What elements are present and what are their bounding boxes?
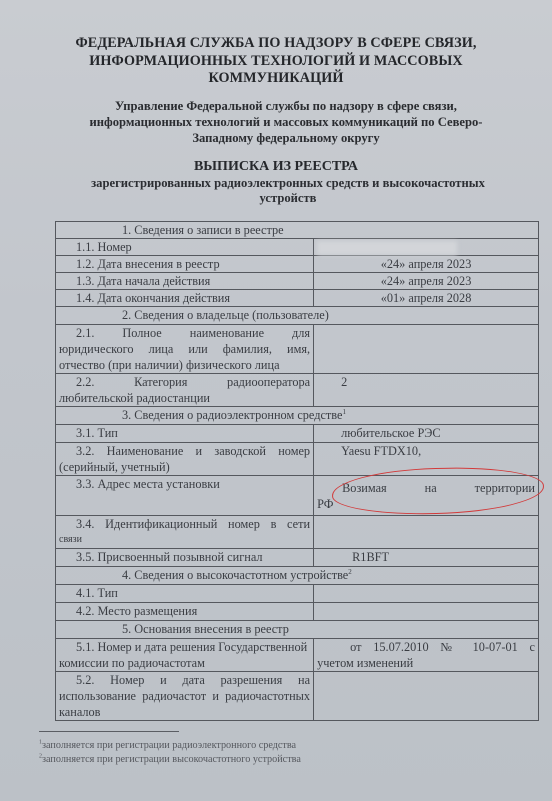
section-5-title: 5. Основания внесения в реестр <box>56 621 539 639</box>
footnote-2: 2заполняется при регистрации высокочасто… <box>39 753 301 766</box>
install-address-label: 3.3. Адрес места установки <box>56 476 314 516</box>
footnote-divider <box>39 731 179 732</box>
owner-name-label: 2.1. Полное наименование для юридическог… <box>56 325 314 374</box>
label-line: 2.2. Категория радиооператора <box>59 374 310 390</box>
section-title-text: 3. Сведения о радиоэлектронном средстве <box>122 408 343 422</box>
table-row: 2.1. Полное наименование для юридическог… <box>56 325 539 374</box>
table-row: 5.2. Номер и дата разрешения на использо… <box>56 672 539 721</box>
table-row: 1.2. Дата внесения в реестр «24» апреля … <box>56 256 539 273</box>
section-row: 1. Сведения о записи в реестре <box>56 222 539 239</box>
section-3-title: 3. Сведения о радиоэлектронном средстве1 <box>56 407 539 425</box>
end-date-label: 1.4. Дата окончания действия <box>56 290 314 307</box>
section-2-title: 2. Сведения о владельце (пользователе) <box>56 307 539 325</box>
end-date-value: «01» апреля 2028 <box>314 290 539 307</box>
label-line: юридического лица или фамилия, имя, <box>59 341 310 357</box>
subtitle-line: зарегистрированных радиоэлектронных сред… <box>28 176 548 191</box>
agency-line: ИНФОРМАЦИОННЫХ ТЕХНОЛОГИЙ И МАССОВЫХ <box>0 53 552 71</box>
section-4-title: 4. Сведения о высокочастотном устройстве… <box>56 567 539 585</box>
frequency-permit-value <box>314 672 539 721</box>
device-name-value: Yaesu FTDX10, <box>314 443 539 476</box>
hf-type-value <box>314 585 539 603</box>
grfc-decision-label: 5.1. Номер и дата решения Государственно… <box>56 639 314 672</box>
install-address-value: Возимая на территории РФ <box>314 476 539 516</box>
network-id-label: 3.4. Идентификационный номер в сети связ… <box>56 516 314 549</box>
entry-date-value: «24» апреля 2023 <box>314 256 539 273</box>
department-line: Западному федеральному округу <box>20 130 552 146</box>
table-row: 1.4. Дата окончания действия «01» апреля… <box>56 290 539 307</box>
frequency-permit-label: 5.2. Номер и дата разрешения на использо… <box>56 672 314 721</box>
document-page: ФЕДЕРАЛЬНАЯ СЛУЖБА ПО НАДЗОРУ В СФЕРЕ СВ… <box>0 0 552 801</box>
device-type-label: 3.1. Тип <box>56 425 314 443</box>
footnote-ref: 2 <box>348 568 352 576</box>
value-line: РФ <box>317 496 535 512</box>
callsign-value: R1BFT <box>314 549 539 567</box>
redacted-block <box>317 241 457 255</box>
device-name-label: 3.2. Наименование и заводской номер (сер… <box>56 443 314 476</box>
label-line: использование радиочастот и радиочастотн… <box>59 688 310 704</box>
department-line: Управление Федеральной службы по надзору… <box>20 98 552 114</box>
footnote-1: 1заполняется при регистрации радиоэлектр… <box>39 739 296 752</box>
subtitle-line: устройств <box>28 191 548 206</box>
section-row: 3. Сведения о радиоэлектронном средстве1 <box>56 407 539 425</box>
agency-line: КОММУНИКАЦИЙ <box>0 70 552 88</box>
start-date-label: 1.3. Дата начала действия <box>56 273 314 290</box>
document-subtitle: зарегистрированных радиоэлектронных сред… <box>28 176 548 206</box>
section-row: 5. Основания внесения в реестр <box>56 621 539 639</box>
hf-location-label: 4.2. Место размещения <box>56 603 314 621</box>
label-line: каналов <box>59 704 310 720</box>
footnote-text: заполняется при регистрации радиоэлектро… <box>42 740 296 751</box>
label-line: любительской радиостанции <box>59 390 310 406</box>
label-line: комиссии по радиочастотам <box>59 655 310 671</box>
table-row: 4.2. Место размещения <box>56 603 539 621</box>
document-title: ВЫПИСКА ИЗ РЕЕСТРА <box>0 159 552 175</box>
callsign-label: 3.5. Присвоенный позывной сигнал <box>56 549 314 567</box>
table-row: 4.1. Тип <box>56 585 539 603</box>
network-id-value <box>314 516 539 549</box>
footnote-text: заполняется при регистрации высокочастот… <box>42 754 301 765</box>
table-row: 3.2. Наименование и заводской номер (сер… <box>56 443 539 476</box>
owner-name-value <box>314 325 539 374</box>
label-line: (серийный, учетный) <box>59 459 310 475</box>
start-date-value: «24» апреля 2023 <box>314 273 539 290</box>
value-line: учетом изменений <box>317 655 535 671</box>
hf-location-value <box>314 603 539 621</box>
device-type-value: любительское РЭС <box>314 425 539 443</box>
section-1-title: 1. Сведения о записи в реестре <box>56 222 539 239</box>
label-line: отчество (при наличии) физического лица <box>59 357 310 373</box>
footnote-ref: 1 <box>343 408 347 416</box>
table-row: 3.3. Адрес места установки Возимая на те… <box>56 476 539 516</box>
table-row: 3.1. Тип любительское РЭС <box>56 425 539 443</box>
department-line: информационных технологий и массовых ком… <box>20 114 552 130</box>
table-row: 3.5. Присвоенный позывной сигнал R1BFT <box>56 549 539 567</box>
table-row: 1.3. Дата начала действия «24» апреля 20… <box>56 273 539 290</box>
section-row: 4. Сведения о высокочастотном устройстве… <box>56 567 539 585</box>
section-row: 2. Сведения о владельце (пользователе) <box>56 307 539 325</box>
registry-table: 1. Сведения о записи в реестре 1.1. Номе… <box>55 221 539 721</box>
value-line: от 15.07.2010 № 10-07-01 с <box>317 639 535 655</box>
operator-category-value: 2 <box>314 374 539 407</box>
label-line: 3.2. Наименование и заводской номер <box>59 443 310 459</box>
entry-date-label: 1.2. Дата внесения в реестр <box>56 256 314 273</box>
table-row: 3.4. Идентификационный номер в сети связ… <box>56 516 539 549</box>
table-row: 1.1. Номер <box>56 239 539 256</box>
hf-type-label: 4.1. Тип <box>56 585 314 603</box>
label-line: 2.1. Полное наименование для <box>59 325 310 341</box>
record-number-value <box>314 239 539 256</box>
agency-heading: ФЕДЕРАЛЬНАЯ СЛУЖБА ПО НАДЗОРУ В СФЕРЕ СВ… <box>0 35 552 88</box>
department-heading: Управление Федеральной службы по надзору… <box>20 98 552 146</box>
value-line: Возимая на территории <box>317 480 535 496</box>
label-line: 5.1. Номер и дата решения Государственно… <box>59 639 310 655</box>
record-number-label: 1.1. Номер <box>56 239 314 256</box>
table-row: 5.1. Номер и дата решения Государственно… <box>56 639 539 672</box>
label-line: связи <box>59 532 310 548</box>
label-line: 3.4. Идентификационный номер в сети <box>59 516 310 532</box>
section-title-text: 4. Сведения о высокочастотном устройстве <box>122 568 348 582</box>
table-row: 2.2. Категория радиооператора любительск… <box>56 374 539 407</box>
label-line: 5.2. Номер и дата разрешения на <box>59 672 310 688</box>
grfc-decision-value: от 15.07.2010 № 10-07-01 с учетом измене… <box>314 639 539 672</box>
operator-category-label: 2.2. Категория радиооператора любительск… <box>56 374 314 407</box>
agency-line: ФЕДЕРАЛЬНАЯ СЛУЖБА ПО НАДЗОРУ В СФЕРЕ СВ… <box>0 35 552 53</box>
